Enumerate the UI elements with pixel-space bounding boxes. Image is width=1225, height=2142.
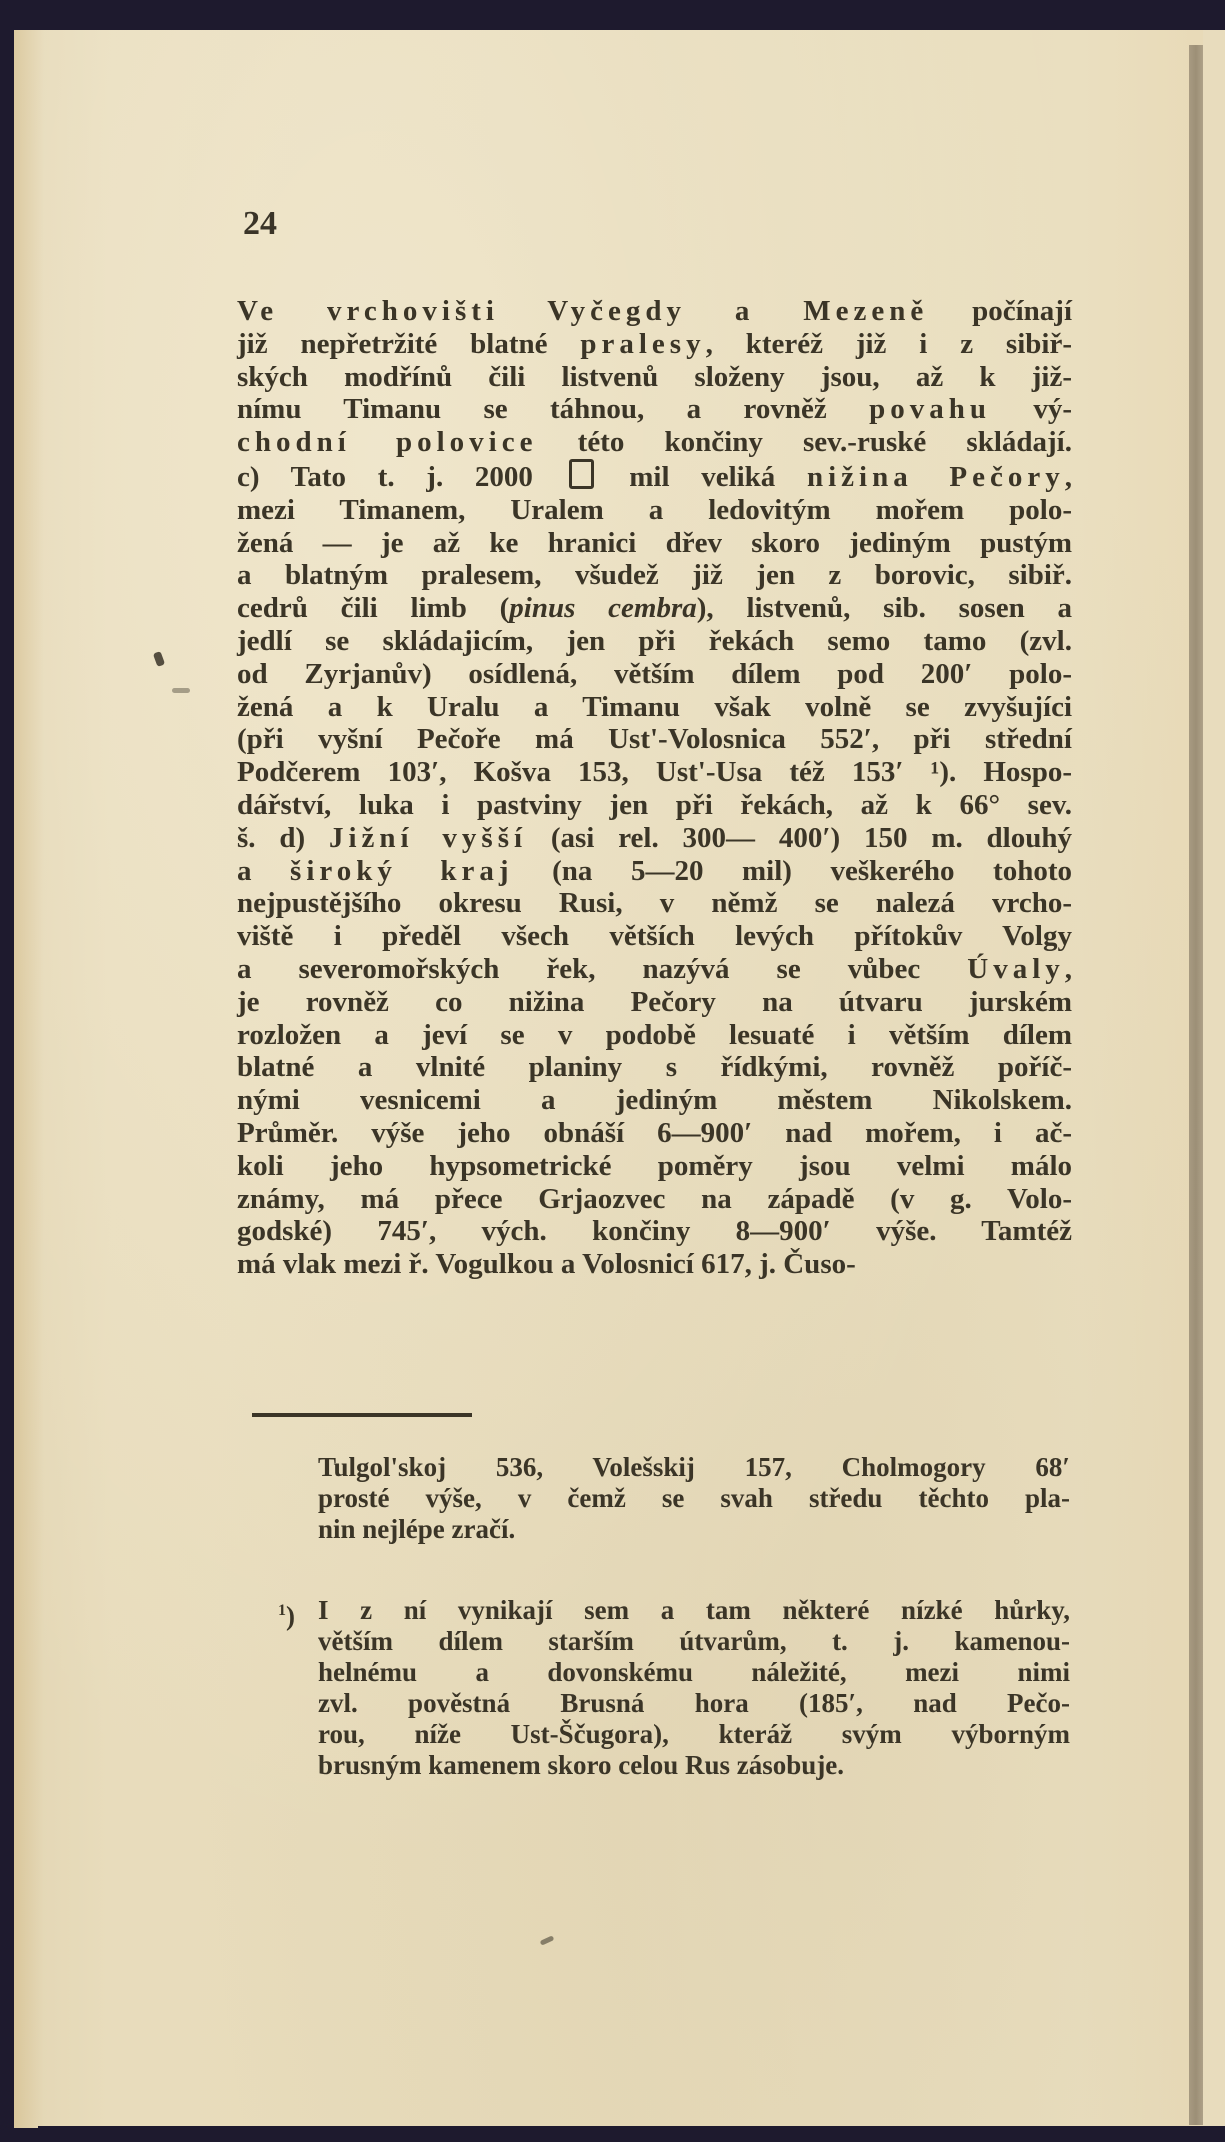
- text-line: a blatným pralesem, všudež již jen z bor…: [237, 559, 1072, 592]
- text-line: rozložen a jeví se v podobě lesuaté i vě…: [237, 1019, 1072, 1052]
- text-line: š. d) Jižní vyšší (asi rel. 300— 400′) 1…: [237, 822, 1072, 855]
- text-line: již nepřetržité blatné pralesy, kteréž j…: [237, 328, 1072, 361]
- text-line: jedlí se skládajicím, jen při řekách sem…: [237, 625, 1072, 658]
- text-line: c) Tato t. j. 2000 mil veliká nižina Peč…: [237, 459, 1072, 494]
- text-run: této končiny sev.-ruské skládají.: [537, 426, 1072, 458]
- text-run: má vlak mezi ř. Vogulkou a Volosnicí 617…: [237, 1248, 856, 1280]
- footnote-line: větším dílem starším útvarům, t. j. kame…: [318, 1626, 1070, 1657]
- text-run: viště i předěl všech větších levých přít…: [237, 920, 1072, 952]
- text-run: Jižní vyšší: [329, 822, 527, 854]
- text-run: (na 5—20 mil) veškerého tohoto: [514, 855, 1072, 887]
- text-line: koli jeho hypsometrické poměry jsou velm…: [237, 1150, 1072, 1183]
- text-run: godské) 745′, vých. končiny 8—900′ výše.…: [237, 1215, 1072, 1247]
- text-line: nejpustějšího okresu Rusi, v němž se nal…: [237, 887, 1072, 920]
- text-line: od Zyrjanův) osídlená, větším dílem pod …: [237, 658, 1072, 691]
- text-run: š. d): [237, 822, 329, 854]
- text-run: počínají: [928, 295, 1072, 327]
- text-run: mil veliká: [598, 461, 807, 493]
- text-run: pralesy: [580, 328, 705, 360]
- text-line: žená a k Uralu a Timanu však volně se zv…: [237, 691, 1072, 724]
- text-run: a: [237, 855, 290, 887]
- footnote-separator: [252, 1413, 472, 1417]
- footnote-line: Tulgol'skoj 536, Volešskij 157, Cholmogo…: [318, 1452, 1070, 1483]
- text-line: viště i předěl všech větších levých přít…: [237, 920, 1072, 953]
- text-run: Úvaly: [967, 953, 1065, 985]
- footnote-line: helnému a dovonskému náležité, mezi nimi: [318, 1657, 1070, 1688]
- text-line: Ve vrchovišti Vyčegdy a Mezeně počínají: [237, 295, 1072, 328]
- text-run: a severomořských řek, nazývá se vůbec: [237, 953, 967, 985]
- scan-bottom-edge: [38, 2126, 1225, 2142]
- text-line: nímu Timanu se táhnou, a rovněž povahu v…: [237, 393, 1072, 426]
- text-line: má vlak mezi ř. Vogulkou a Volosnicí 617…: [237, 1248, 1072, 1281]
- text-run: již nepřetržité blatné: [237, 328, 580, 360]
- footnote-line: rou, níže Ust-Ščugora), kteráž svým výbo…: [318, 1719, 1070, 1750]
- text-run: chodní polovice: [237, 426, 537, 458]
- text-line: blatné a vlnité planiny s řídkými, rovně…: [237, 1051, 1072, 1084]
- text-run: rozložen a jeví se v podobě lesuaté i vě…: [237, 1019, 1072, 1051]
- footnote-line: nin nejlépe zračí.: [318, 1514, 1070, 1545]
- text-line: a severomořských řek, nazývá se vůbec Úv…: [237, 953, 1072, 986]
- text-run: nými vesnicemi a jediným městem Nikolske…: [237, 1084, 1072, 1116]
- main-body-text: Ve vrchovišti Vyčegdy a Mezeně počínajíj…: [237, 295, 1072, 1281]
- text-run: (při vyšní Pečoře má Ust'-Volosnica 552′…: [237, 723, 1072, 755]
- text-run: , kteréž již i z sibiř-: [706, 328, 1072, 360]
- next-page-strip: [1203, 30, 1225, 2128]
- text-run: nejpustějšího okresu Rusi, v němž se nal…: [237, 887, 1072, 919]
- text-run: známy, má přece Grjaozvec na západě (v g…: [237, 1183, 1072, 1215]
- text-line: chodní polovice této končiny sev.-ruské …: [237, 426, 1072, 459]
- footnote-continuation: Tulgol'skoj 536, Volešskij 157, Cholmogo…: [318, 1452, 1070, 1545]
- text-run: široký kraj: [290, 855, 514, 887]
- text-run: ,: [1065, 461, 1072, 493]
- footnote-1: 1) I z ní vynikají sem a tam některé níz…: [318, 1595, 1070, 1781]
- text-run: nižina Pečory: [807, 461, 1065, 493]
- text-run: jedlí se skládajicím, jen při řekách sem…: [237, 625, 1072, 657]
- text-line: známy, má přece Grjaozvec na západě (v g…: [237, 1183, 1072, 1216]
- text-line: Průměr. výše jeho obnáší 6—900′ nad moře…: [237, 1117, 1072, 1150]
- text-run: blatné a vlnité planiny s řídkými, rovně…: [237, 1051, 1072, 1083]
- text-run: dářství, luka i pastviny jen při řekách,…: [237, 789, 1072, 821]
- footnote-line: zvl. pověstná Brusná hora (185′, nad Peč…: [318, 1688, 1070, 1719]
- text-line: ských modřínů čili listvenů složeny jsou…: [237, 361, 1072, 394]
- square-mile-symbol-icon: [569, 459, 594, 489]
- text-run: a blatným pralesem, všudež již jen z bor…: [237, 559, 1072, 591]
- text-run: od Zyrjanův) osídlená, větším dílem pod …: [237, 658, 1072, 690]
- text-line: nými vesnicemi a jediným městem Nikolske…: [237, 1084, 1072, 1117]
- text-run: pinus cembra: [509, 592, 696, 624]
- footnote-line: brusným kamenem skoro celou Rus zásobuje…: [318, 1750, 1070, 1781]
- text-run: žená a k Uralu a Timanu však volně se zv…: [237, 691, 1072, 723]
- text-run: Podčerem 103′, Košva 153, Ust'-Usa též 1…: [237, 756, 1072, 788]
- text-line: a široký kraj (na 5—20 mil) veškerého to…: [237, 855, 1072, 888]
- footnote-marker: 1): [278, 1595, 295, 1632]
- text-run: cedrů čili limb (: [237, 592, 509, 624]
- page-edge-shadow: [14, 30, 44, 2128]
- text-run: mezi Timanem, Uralem a ledovitým mořem p…: [237, 494, 1072, 526]
- text-run: Průměr. výše jeho obnáší 6—900′ nad moře…: [237, 1117, 1072, 1149]
- binding-gutter-line: [1189, 45, 1203, 2125]
- text-run: koli jeho hypsometrické poměry jsou velm…: [237, 1150, 1072, 1182]
- text-line: dářství, luka i pastviny jen při řekách,…: [237, 789, 1072, 822]
- footnote-line: I z ní vynikají sem a tam některé nízké …: [318, 1595, 1070, 1626]
- text-run: nímu Timanu se táhnou, a rovněž: [237, 393, 869, 425]
- text-run: c) Tato t. j. 2000: [237, 461, 565, 493]
- text-line: Podčerem 103′, Košva 153, Ust'-Usa též 1…: [237, 756, 1072, 789]
- text-run: je rovněž co nižina Pečory na útvaru jur…: [237, 986, 1072, 1018]
- text-line: (při vyšní Pečoře má Ust'-Volosnica 552′…: [237, 723, 1072, 756]
- ink-smudge: [172, 688, 190, 693]
- text-line: mezi Timanem, Uralem a ledovitým mořem p…: [237, 494, 1072, 527]
- text-run: povahu: [869, 393, 991, 425]
- footnote-line: prosté výše, v čemž se svah středu těcht…: [318, 1483, 1070, 1514]
- text-run: ), listvenů, sib. sosen a: [697, 592, 1072, 624]
- text-run: (asi rel. 300— 400′) 150 m. dlouhý: [527, 822, 1072, 854]
- text-run: Ve vrchovišti Vyčegdy a Mezeně: [237, 295, 928, 327]
- text-line: žená — je až ke hranici dřev skoro jedin…: [237, 527, 1072, 560]
- text-run: ských modřínů čili listvenů složeny jsou…: [237, 361, 1072, 393]
- page-number: 24: [243, 205, 277, 243]
- text-run: žená — je až ke hranici dřev skoro jedin…: [237, 527, 1072, 559]
- text-line: je rovněž co nižina Pečory na útvaru jur…: [237, 986, 1072, 1019]
- text-run: ,: [1065, 953, 1072, 985]
- text-line: godské) 745′, vých. končiny 8—900′ výše.…: [237, 1215, 1072, 1248]
- text-line: cedrů čili limb (pinus cembra), listvenů…: [237, 592, 1072, 625]
- text-run: vý-: [991, 393, 1072, 425]
